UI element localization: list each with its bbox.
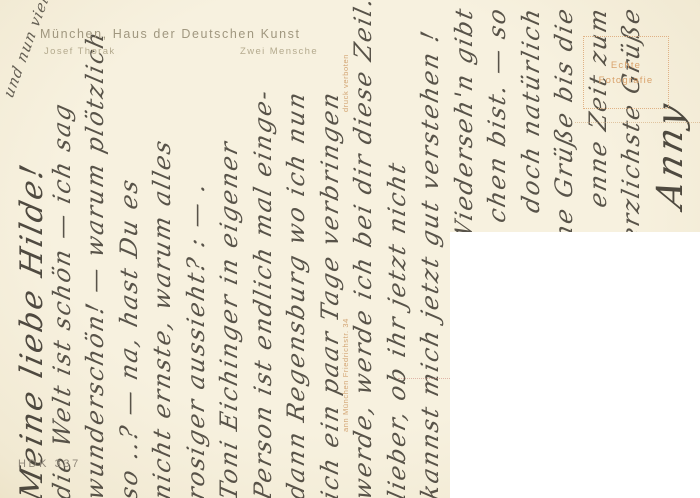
address-dotted-line bbox=[575, 122, 700, 123]
handwriting-line: lieber, ob ihr jetzt nicht bbox=[383, 4, 411, 498]
handwriting-line: Toni Eichinger in eigener bbox=[215, 4, 243, 498]
handwriting-line: rosiger aussieht? : — . bbox=[182, 4, 210, 498]
handwriting-line: Person ist endlich mal einge- bbox=[249, 4, 277, 498]
handwriting-line: nicht ernste, warum alles bbox=[148, 4, 176, 498]
handwriting-line: so ..? — na, hast Du es bbox=[115, 4, 143, 498]
stamp-box-line2: Fotografie bbox=[599, 75, 654, 86]
photographer-credit-address: ann München Friedrichstr. 34 bbox=[341, 318, 350, 432]
handwriting-line: werde, werde ich bei dir diese Zeil. bbox=[349, 4, 377, 498]
divider-dotted-line bbox=[398, 378, 452, 379]
handwriting-line: dann Regensburg wo ich nun bbox=[282, 4, 310, 498]
printed-artwork-caption: Zwei Mensche bbox=[240, 46, 318, 57]
handwriting-line: die Welt ist schön — ich sag bbox=[48, 4, 76, 498]
handwriting-line: kannst mich jetzt gut verstehen ! bbox=[416, 4, 444, 498]
white-mask bbox=[450, 232, 700, 498]
printed-artist-caption: Josef Thorak bbox=[44, 46, 116, 57]
handwriting-line: wunderschön! — warum plötzlich bbox=[81, 4, 109, 498]
printed-title: München, Haus der Deutschen Kunst bbox=[40, 27, 301, 41]
reprint-notice: druck verboten bbox=[341, 54, 350, 112]
postcard-back: Meine liebe Hilde!die Welt ist schön — i… bbox=[0, 0, 700, 498]
stamp-box: Echte Fotografie bbox=[583, 36, 669, 109]
handwriting-line: ich ein paar Tage verbringen bbox=[316, 4, 344, 498]
catalog-number: HDK 337 bbox=[18, 458, 81, 470]
stamp-box-line1: Echte bbox=[611, 60, 641, 71]
